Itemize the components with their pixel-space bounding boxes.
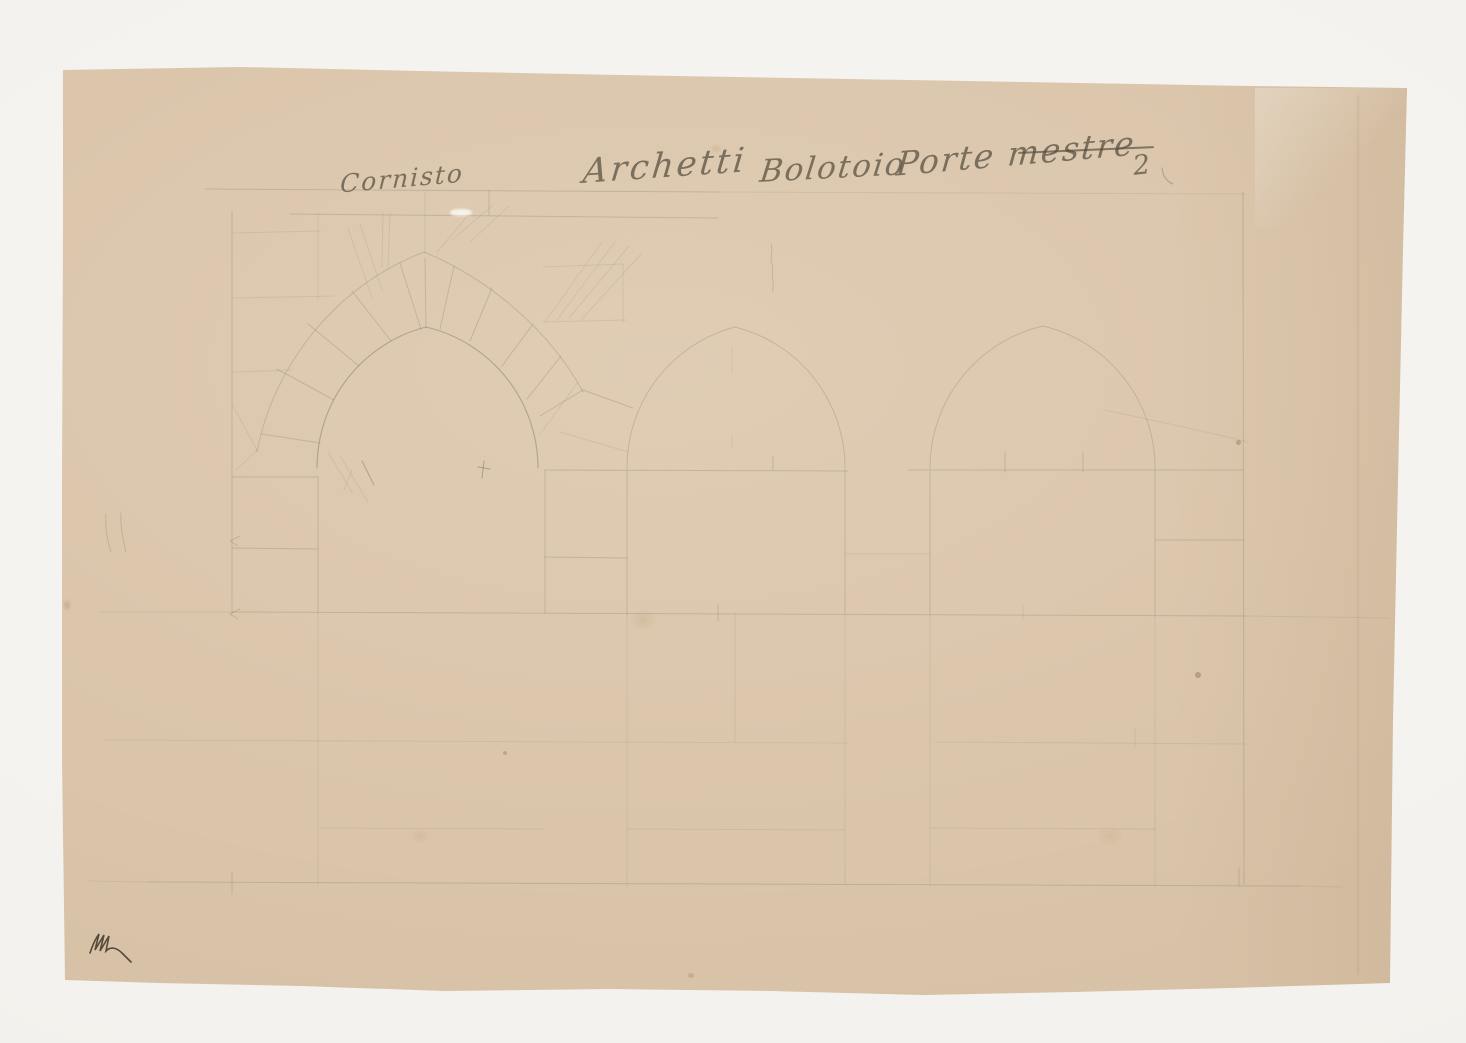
masonry-sketch	[232, 205, 641, 470]
margin-marks	[106, 513, 126, 552]
arch-1-voussoirs	[257, 252, 583, 468]
top-construction-lines	[205, 189, 1245, 328]
pier-lines	[232, 192, 1244, 884]
construction-grid	[88, 536, 1390, 894]
paper-sheet: Cornisto Archetti Bolotoio Porte mestre …	[0, 0, 1466, 1043]
collection-ink-mark	[90, 934, 131, 962]
pencil-drawing	[0, 0, 1466, 1043]
arch-2-outline	[627, 244, 845, 470]
comma-mark	[1162, 168, 1173, 184]
arch-3-outline	[930, 326, 1248, 472]
photograph-background: Cornisto Archetti Bolotoio Porte mestre …	[0, 0, 1466, 1043]
